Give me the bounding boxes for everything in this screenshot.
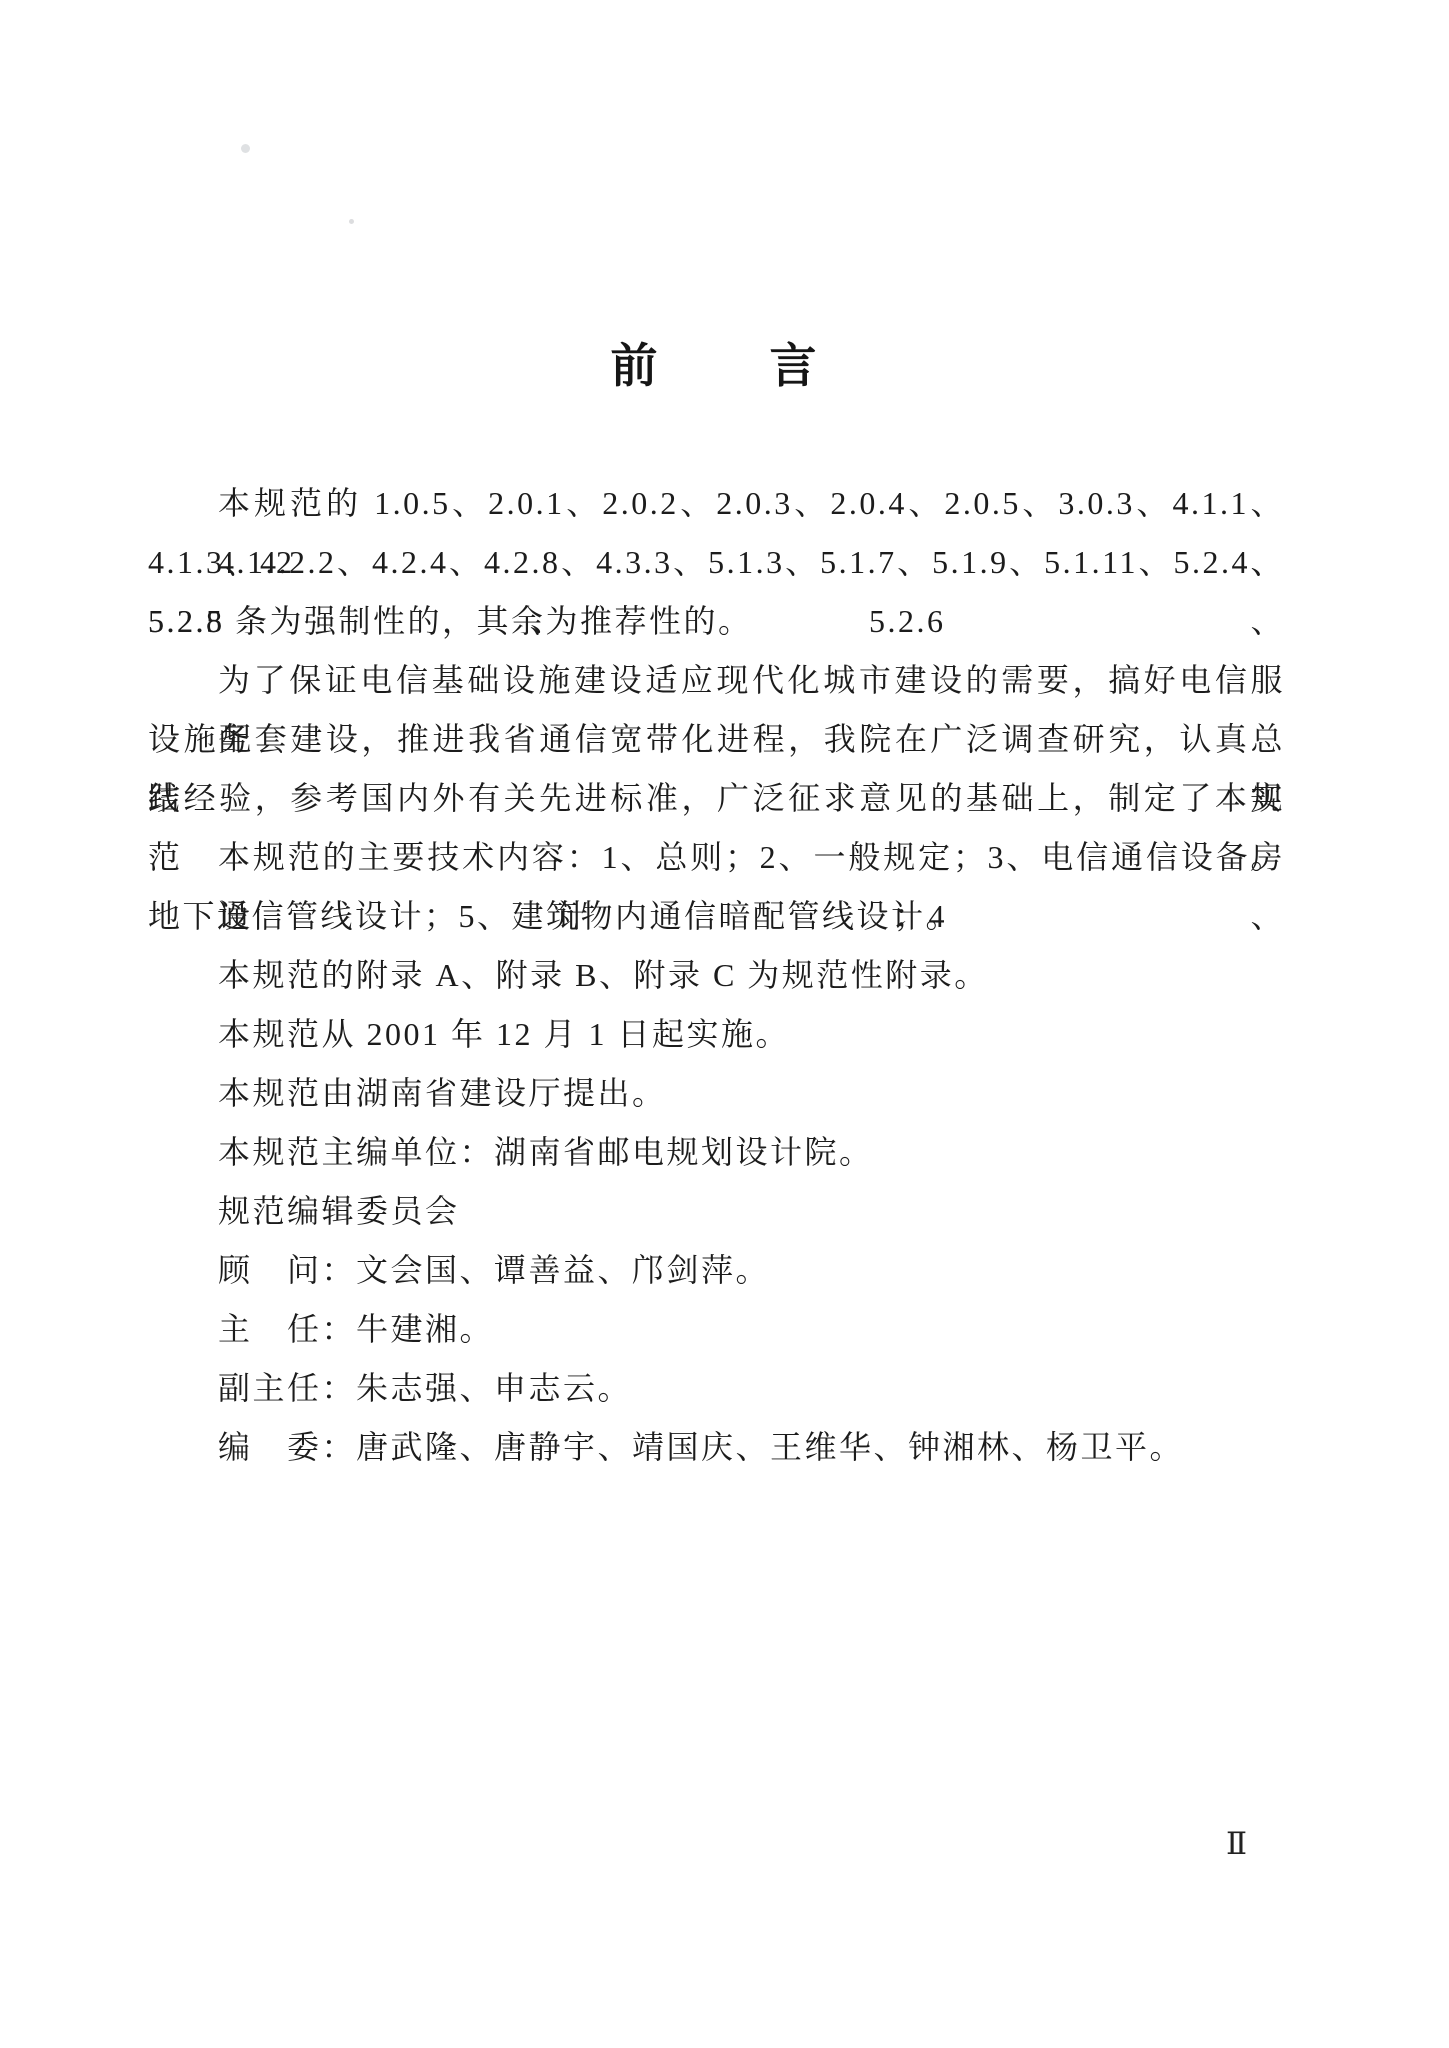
- text-line: 本规范主编单位：湖南省邮电规划设计院。: [148, 1123, 1285, 1182]
- preface-body: 本规范的 1.0.5、2.0.1、2.0.2、2.0.3、2.0.4、2.0.5…: [148, 474, 1285, 1477]
- text-line: 本规范由湖南省建设厅提出。: [148, 1064, 1285, 1123]
- scan-artifact: [241, 144, 250, 153]
- text-line: 规范编辑委员会: [148, 1182, 1285, 1241]
- document-page: 前 言 本规范的 1.0.5、2.0.1、2.0.2、2.0.3、2.0.4、2…: [0, 0, 1449, 2048]
- text-line: 副主任：朱志强、申志云。: [148, 1359, 1285, 1418]
- text-line: 顾 问：文会国、谭善益、邝剑萍。: [148, 1241, 1285, 1300]
- scan-artifact: [349, 219, 354, 224]
- text-line: 践经验，参考国内外有关先进标准，广泛征求意见的基础上，制定了本规范。: [148, 769, 1285, 828]
- text-line: 4.1.3、4.2.2、4.2.4、4.2.8、4.3.3、5.1.3、5.1.…: [148, 533, 1285, 592]
- text-line: 本规范的 1.0.5、2.0.1、2.0.2、2.0.3、2.0.4、2.0.5…: [148, 474, 1285, 533]
- page-title: 前 言: [148, 336, 1285, 398]
- text-line: 设施配套建设，推进我省通信宽带化进程，我院在广泛调查研究，认真总结实: [148, 710, 1285, 769]
- text-line: 编 委：唐武隆、唐静宇、靖国庆、王维华、钟湘林、杨卫平。: [148, 1418, 1285, 1477]
- text-line: 本规范的附录 A、附录 B、附录 C 为规范性附录。: [148, 946, 1285, 1005]
- text-line: 为了保证电信基础设施建设适应现代化城市建设的需要，搞好电信服务: [148, 651, 1285, 710]
- text-line: 本规范从 2001 年 12 月 1 日起实施。: [148, 1005, 1285, 1064]
- text-line: 本规范的主要技术内容：1、总则；2、一般规定；3、电信通信设备房设计；4、: [148, 828, 1285, 887]
- page-number: Ⅱ: [1226, 1826, 1248, 1862]
- text-line: 主 任：牛建湘。: [148, 1300, 1285, 1359]
